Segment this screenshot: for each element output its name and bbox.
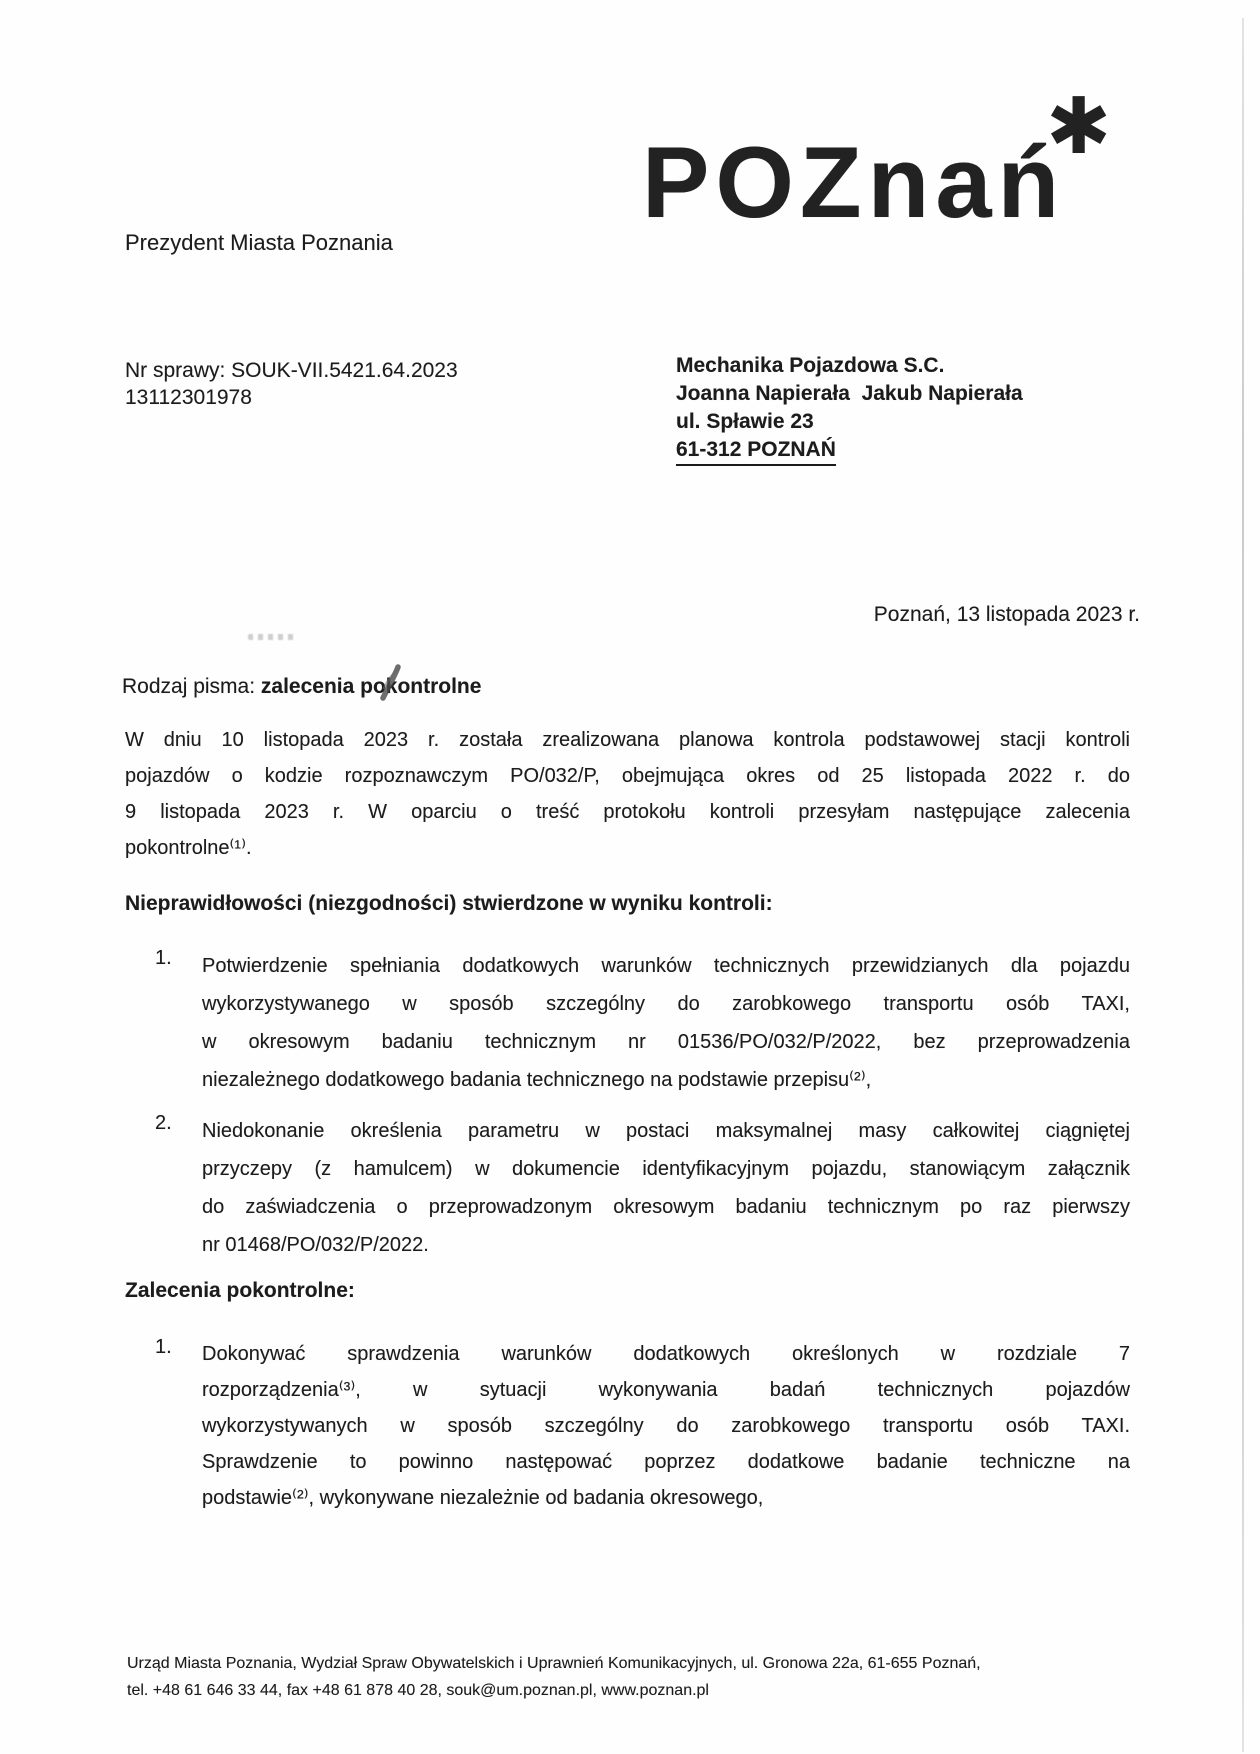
date-line: Poznań, 13 listopada 2023 r. xyxy=(600,601,1140,628)
item-number: 1. xyxy=(155,947,172,970)
item-line: wykorzystywanego w sposób szczególny do … xyxy=(202,985,1130,1023)
subject-label: Rodzaj pisma: xyxy=(122,675,261,698)
intro-line: pokontrolne⁽¹⁾. xyxy=(125,830,1130,866)
pen-mark xyxy=(372,664,406,704)
item-number: 2. xyxy=(155,1112,172,1135)
item-line: podstawie⁽²⁾, wykonywane niezależnie od … xyxy=(202,1480,1130,1516)
case-reference-block: Nr sprawy: SOUK-VII.5421.64.2023 1311230… xyxy=(125,357,458,411)
item-line: Potwierdzenie spełniania dodatkowych war… xyxy=(202,947,1130,985)
intro-line: W dniu 10 listopada 2023 r. została zrea… xyxy=(125,722,1130,758)
item-line: niezależnego dodatkowego badania technic… xyxy=(202,1061,1130,1099)
recipient-owners: Joanna Napierała Jakub Napierała xyxy=(676,380,1023,408)
footer-line-1: Urząd Miasta Poznania, Wydział Spraw Oby… xyxy=(127,1650,1137,1677)
findings-heading: Nieprawidłowości (niezgodności) stwierdz… xyxy=(125,890,773,917)
scanner-streak-artifact xyxy=(1242,18,1244,1752)
recipient-company: Mechanika Pojazdowa S.C. xyxy=(676,352,1023,380)
item-line: do zaświadczenia o przeprowadzonym okres… xyxy=(202,1188,1130,1226)
item-line: Sprawdzenie to powinno następować poprze… xyxy=(202,1444,1130,1480)
item-line: Niedokonanie określenia parametru w post… xyxy=(202,1112,1130,1150)
case-id: 13112301978 xyxy=(125,384,458,411)
sender-title: Prezydent Miasta Poznania xyxy=(125,229,393,256)
item-line: nr 01468/PO/032/P/2022. xyxy=(202,1226,1130,1264)
item-line: w okresowym badaniu technicznym nr 01536… xyxy=(202,1023,1130,1061)
smudge-artifact xyxy=(248,634,294,640)
subject-line: Rodzaj pisma: zalecenia pokontrolne xyxy=(122,673,481,700)
item-text: Potwierdzenie spełniania dodatkowych war… xyxy=(202,947,1130,1099)
case-number: Nr sprawy: SOUK-VII.5421.64.2023 xyxy=(125,357,458,384)
intro-paragraph: W dniu 10 listopada 2023 r. została zrea… xyxy=(125,722,1130,866)
findings-item-2: 2. Niedokonanie określenia parametru w p… xyxy=(155,1112,1130,1264)
item-line: wykorzystywanych w sposób szczególny do … xyxy=(202,1408,1130,1444)
item-number: 1. xyxy=(155,1336,172,1359)
recommendations-item-1: 1. Dokonywać sprawdzenia warunków dodatk… xyxy=(155,1336,1130,1516)
logo-asterisk-icon: ✱ xyxy=(1046,96,1111,156)
footer: Urząd Miasta Poznania, Wydział Spraw Oby… xyxy=(127,1650,1137,1704)
footer-line-2: tel. +48 61 646 33 44, fax +48 61 878 40… xyxy=(127,1677,1137,1704)
intro-line: 9 listopada 2023 r. W oparciu o treść pr… xyxy=(125,794,1130,830)
poznan-logo: POZnań xyxy=(642,133,1065,233)
document-page: Prezydent Miasta Poznania POZnań ✱ Nr sp… xyxy=(0,0,1260,1754)
recipient-street: ul. Spławie 23 xyxy=(676,408,1023,436)
recipient-city: 61-312 POZNAŃ xyxy=(676,436,836,466)
item-line: Dokonywać sprawdzenia warunków dodatkowy… xyxy=(202,1336,1130,1372)
item-line: przyczepy (z hamulcem) w dokumencie iden… xyxy=(202,1150,1130,1188)
poznan-logo-text: POZnań xyxy=(642,127,1065,239)
findings-item-1: 1. Potwierdzenie spełniania dodatkowych … xyxy=(155,947,1130,1099)
item-text: Dokonywać sprawdzenia warunków dodatkowy… xyxy=(202,1336,1130,1516)
recipient-block: Mechanika Pojazdowa S.C. Joanna Napierał… xyxy=(676,352,1023,466)
recommendations-heading: Zalecenia pokontrolne: xyxy=(125,1277,355,1304)
intro-line: pojazdów o kodzie rozpoznawczym PO/032/P… xyxy=(125,758,1130,794)
item-text: Niedokonanie określenia parametru w post… xyxy=(202,1112,1130,1264)
item-line: rozporządzenia⁽³⁾, w sytuacji wykonywani… xyxy=(202,1372,1130,1408)
